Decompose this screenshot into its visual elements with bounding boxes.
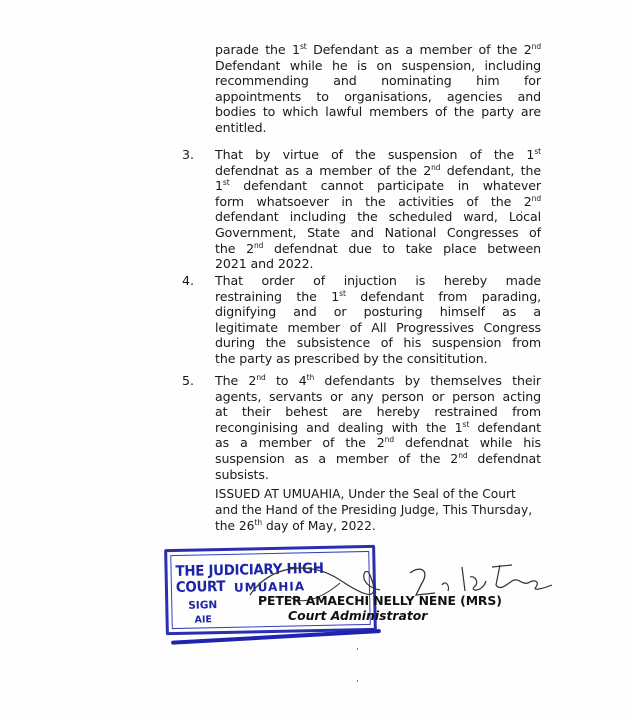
text-line: That order of injuction is hereby made	[215, 273, 541, 289]
scan-speck	[357, 648, 358, 650]
issued-line: the 26th day of May, 2022.	[215, 519, 545, 535]
text-line: agents, servants or any person or person…	[215, 389, 541, 405]
text-line: restraining the 1st defendant from parad…	[215, 289, 541, 305]
text-line: dignifying and or posturing himself as a	[215, 304, 541, 320]
text-line: defendant including the scheduled ward, …	[215, 209, 541, 225]
text-line: Government, State and National Congresse…	[215, 225, 541, 241]
text-line: the 2nd defendnat due to take place betw…	[215, 241, 541, 257]
stamp-sign-label: SIGN	[188, 599, 217, 612]
text-line: recommending and nominating him for	[215, 73, 541, 89]
text-line: 2021 and 2022.	[215, 256, 541, 272]
issued-line: ISSUED AT UMUAHIA, Under the Seal of the…	[215, 487, 545, 503]
text-line: appointments to organisations, agencies …	[215, 89, 541, 105]
stamp-underline	[171, 629, 381, 645]
document-page: parade the 1st Defendant as a member of …	[0, 0, 628, 714]
text-line: legitimate member of All Progressives Co…	[215, 320, 541, 336]
text-line: form whatsoever in the activities of the…	[215, 194, 541, 210]
text-line: bodies to which lawful members of the pa…	[215, 104, 541, 120]
text-line: The 2nd to 4th defendants by themselves …	[215, 373, 541, 389]
text-line: during the subsistence of his suspension…	[215, 335, 541, 351]
item-number: 3.	[182, 147, 194, 163]
item-number: 4.	[182, 273, 194, 289]
text-line: the party as prescribed by the consititu…	[215, 351, 541, 367]
text-line: parade the 1st Defendant as a member of …	[215, 42, 541, 58]
text-line: defendnat as a member of the 2nd defenda…	[215, 163, 541, 179]
scan-speck	[521, 211, 522, 213]
text-line: 1st defendant cannot participate in what…	[215, 178, 541, 194]
text-line: entitled.	[215, 120, 541, 136]
scan-speck	[357, 680, 358, 682]
text-line: at their behest are hereby restrained fr…	[215, 404, 541, 420]
stamp-date-label: AIE	[194, 614, 212, 625]
item-number: 5.	[182, 373, 194, 389]
text-line: reconginising and dealing with the 1st d…	[215, 420, 541, 436]
order-continuation-paragraph: parade the 1st Defendant as a member of …	[215, 42, 541, 136]
text-line: as a member of the 2nd defendnat while h…	[215, 435, 541, 451]
officer-name: PETER AMAECHI NELLY NENE (MRS)	[258, 593, 502, 608]
text-line: subsists.	[215, 467, 541, 483]
officer-title: Court Administrator	[288, 608, 427, 623]
order-item-3: That by virtue of the suspension of the …	[215, 147, 541, 272]
issued-line: and the Hand of the Presiding Judge, Thi…	[215, 503, 545, 519]
text-line: Defendant while he is on suspension, inc…	[215, 58, 541, 74]
text-line: suspension as a member of the 2nd defend…	[215, 451, 541, 467]
order-item-4: That order of injuction is hereby madere…	[215, 273, 541, 367]
text-line: That by virtue of the suspension of the …	[215, 147, 541, 163]
issued-statement: ISSUED AT UMUAHIA, Under the Seal of the…	[215, 487, 545, 534]
order-item-5: The 2nd to 4th defendants by themselves …	[215, 373, 541, 482]
